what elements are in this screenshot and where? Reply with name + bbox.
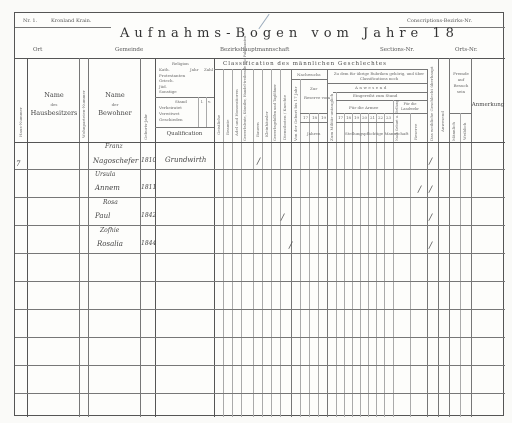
status-rows: Verheiratet Verwitwet Geschieden (159, 105, 183, 123)
foreign-sub-label: Weiblich (462, 121, 467, 141)
col-divider (155, 58, 156, 417)
armee-age: 19 (354, 115, 359, 120)
occupant-last-name: Nagoschefer (93, 157, 138, 165)
status-title: Stand (175, 99, 187, 104)
class-col-label: Gewerbsgehilfen und Taglöhner (273, 93, 277, 141)
divider (393, 100, 394, 417)
female-heading: Das weibliche Geschlecht überhaupt (429, 83, 434, 141)
table-header-rule (15, 142, 505, 143)
row-divider (15, 309, 505, 310)
row-divider (15, 169, 505, 170)
armee-age: 23 (386, 115, 391, 120)
classification-heading: Classification des männlichen Geschlecht… (215, 60, 395, 69)
divider (309, 113, 310, 417)
foreign-heading-4: sein (451, 89, 471, 95)
occupant-heading-1: Name (90, 91, 140, 100)
divider (336, 92, 337, 417)
col-divider (27, 58, 28, 417)
occupant-last-name: Paul (95, 212, 110, 220)
col-divider (214, 58, 215, 417)
mark-icon: / (257, 157, 260, 167)
occupant-heading: Name der Bewohner (90, 91, 140, 118)
divider (376, 113, 377, 417)
occupant-heading-2: der (90, 100, 140, 109)
form-number: Nr. 1. (23, 18, 37, 24)
row-divider (15, 337, 505, 338)
class-col-label: Beamte (225, 113, 230, 141)
divider (360, 113, 361, 417)
occupant-first-name: Rosa (103, 199, 118, 206)
row-divider (15, 393, 505, 394)
row-divider (15, 365, 505, 366)
row-divider (15, 253, 505, 254)
col-divider (140, 58, 141, 417)
divider (291, 79, 327, 80)
armee-age: 20 (362, 115, 367, 120)
mark-icon: / (289, 241, 292, 251)
foreign-sub-label: Männlich (451, 121, 456, 141)
divider (471, 58, 472, 417)
owner-heading-3: Hausbesitzers (29, 109, 79, 118)
religion-title: Religion (172, 61, 189, 66)
divider (352, 113, 353, 417)
divider (344, 113, 345, 417)
occupant-first-name: Zofhie (100, 227, 119, 234)
armee-age: 17 (338, 115, 343, 120)
age-col: 19 (321, 115, 326, 120)
divider (206, 97, 207, 127)
conscription-district-label: Conscriptions-Bezirks-Nr. (407, 18, 472, 24)
absent-heading: Anwesend (440, 103, 445, 141)
divider (300, 122, 327, 123)
divider (198, 97, 199, 127)
field-bezirk: Bezirkshauptmannschaft (220, 47, 289, 53)
armee-age: 18 (346, 115, 351, 120)
occupant-qualification: Grundwirth (165, 156, 206, 164)
occupant-first-name: Franz (105, 143, 123, 150)
occupant-birth-year: 1810 (141, 157, 156, 164)
religion-col-jahr: Jahr (190, 67, 198, 72)
occupant-birth-year: 1811 (141, 184, 156, 191)
divider (155, 127, 214, 128)
occupant-birth-year: 1842 (141, 212, 156, 219)
mark-icon: / (429, 213, 432, 223)
age-col: 18 (312, 115, 317, 120)
divider (15, 27, 111, 28)
divider (449, 58, 450, 417)
armee-age: 22 (378, 115, 383, 120)
divider (300, 113, 327, 114)
sub-col-label: Nach Geburt u. Stellung (395, 117, 399, 141)
owner-heading: Name des Hausbesitzers (29, 91, 79, 118)
foreign-heading: Fremde auf Besuch sein (451, 71, 471, 95)
field-ort: Ort (33, 47, 42, 53)
birth-year-heading: Geburts-Jahr (143, 113, 148, 141)
class-col-label: Bauern (255, 119, 260, 141)
house-number-value: 7 (16, 160, 20, 168)
divider (384, 113, 385, 417)
house-number-heading: Haus-Nummer (18, 103, 23, 141)
landwehr-heading: Für die Landwehr (395, 102, 425, 111)
divider (327, 83, 427, 84)
owner-heading-1: Name (29, 91, 79, 100)
qualification-heading: Qualification (155, 130, 214, 139)
residence-number-heading: Wohnparteien-Nummer (81, 93, 86, 138)
eingereiht-heading: Eingereiht zum Stand (353, 93, 397, 98)
mark-icon: / (429, 185, 432, 195)
form-title: Aufnahms-Bogen vom Jahre 18 (120, 26, 459, 41)
field-gemeinde: Gemeinde (115, 47, 143, 53)
divider (460, 113, 461, 417)
recruit-note: Zu dem für übrige Rubriken gehörig, und … (331, 71, 427, 81)
row-divider (15, 281, 505, 282)
divider (438, 58, 439, 417)
owner-heading-2: des (29, 100, 79, 109)
remark-heading: Anmerkung (471, 101, 505, 110)
occupant-birth-year: 1844 (141, 240, 156, 247)
class-col-label: Geistliche (216, 109, 221, 141)
mark-icon: / (418, 185, 421, 195)
occupant-last-name: Rosalia (97, 240, 123, 248)
occupant-first-name: Ursula (95, 171, 115, 178)
class-col-label: Gewerbsleute, Künstler, Handel-treibende… (243, 75, 247, 141)
mark-icon: / (429, 241, 432, 251)
armee-heading: Für die Armee (349, 105, 378, 110)
row-divider (15, 197, 505, 198)
divider (336, 113, 427, 114)
status-col-l: l. (201, 99, 204, 104)
divider (336, 100, 427, 101)
class-col-label: Kleinhäusler (264, 107, 269, 141)
divider (318, 113, 319, 417)
field-sections: Sections-Nr. (380, 47, 414, 53)
divider (336, 122, 393, 123)
status-col-v: v. (208, 99, 211, 104)
invalid-heading: Zum Militär untauglich (329, 113, 334, 141)
class-col-label: Dienstboten / Knechte (282, 93, 287, 141)
census-form: Nr. 1. Kronland Krain. Conscriptions-Bez… (14, 12, 504, 416)
occupant-last-name: Annem (95, 184, 120, 192)
age-heading: Von der Geburt bis 17 Jahr (293, 97, 298, 141)
sub-col-label: Reserve (413, 123, 418, 141)
religion-rows: Kath. Protestanten Griech. Jüd. Sonstige (159, 67, 185, 95)
religion-row: Sonstige (159, 89, 185, 95)
col-divider (79, 58, 80, 417)
jahren-label: Jahren (307, 131, 320, 136)
religion-col-zahl: Zahl (204, 67, 213, 72)
zur-label: Zur (310, 86, 317, 91)
crownland: Kronland Krain. (51, 18, 91, 24)
row-divider (15, 225, 505, 226)
class-col-label: Adel und Honoratioren (234, 85, 239, 141)
mark-icon: / (429, 157, 432, 167)
divider (300, 79, 301, 417)
age-col: 17 (303, 115, 308, 120)
armee-age: 21 (370, 115, 375, 120)
anwesend-heading: Anwesend (355, 85, 388, 90)
mark-icon: / (281, 213, 284, 223)
occupant-heading-3: Bewohner (90, 109, 140, 118)
status-row: Geschieden (159, 117, 183, 123)
divider (368, 113, 369, 417)
col-divider (88, 58, 89, 417)
field-orts: Orts-Nr. (455, 47, 478, 53)
divider (410, 113, 411, 417)
nachwuchs-heading: Nachwuchs (297, 72, 321, 77)
